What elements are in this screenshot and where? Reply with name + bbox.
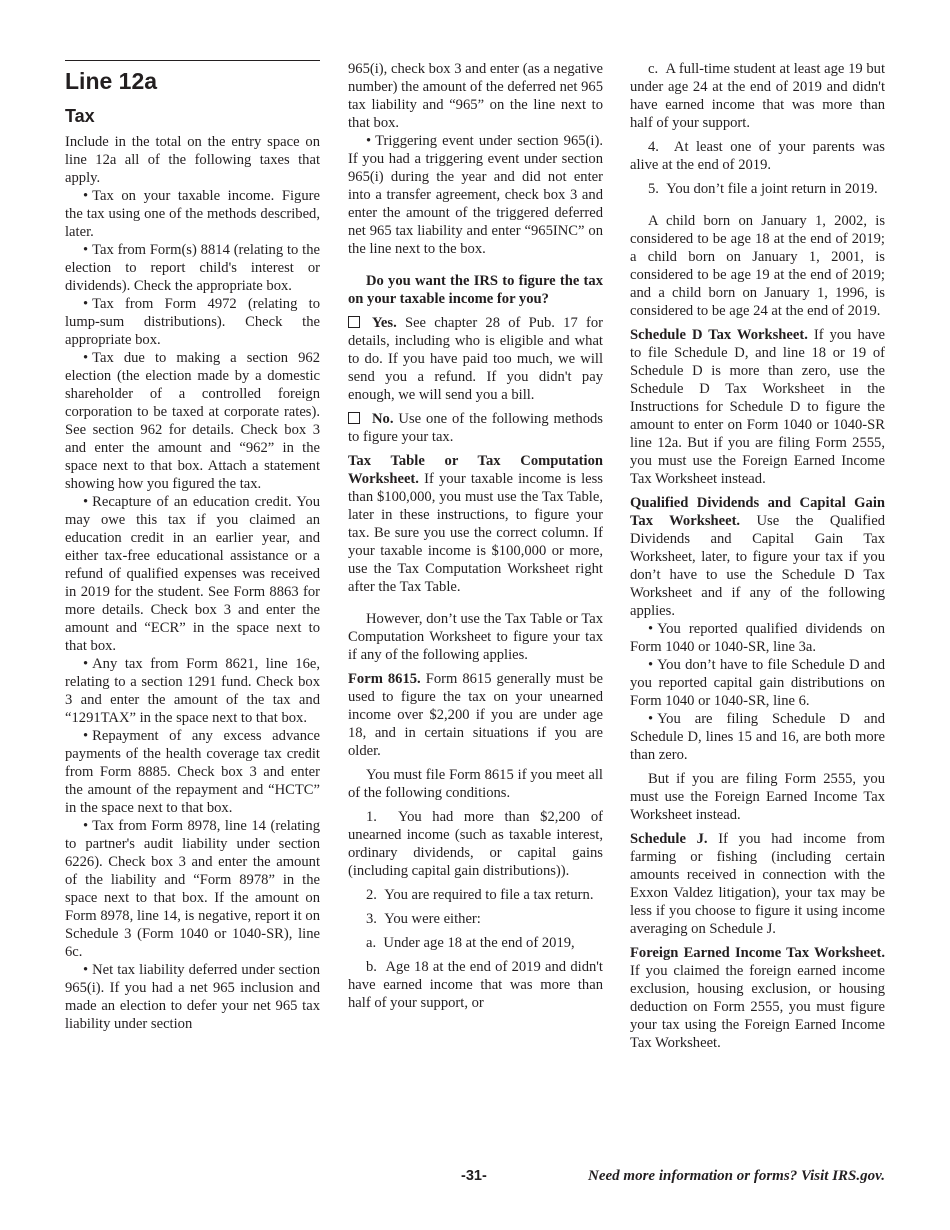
yes-option: Yes. See chapter 28 of Pub. 17 for detai… — [348, 314, 603, 404]
but-if-paragraph: But if you are filing Form 2555, you mus… — [630, 770, 885, 824]
condition-item: 4. At least one of your parents was aliv… — [630, 138, 885, 174]
no-option: No. Use one of the following methods to … — [348, 410, 603, 446]
bullet-item: You reported qualified dividends on Form… — [630, 620, 885, 656]
tax-table-text: If your taxable income is less than $100… — [348, 471, 603, 595]
section-title: Line 12a — [65, 67, 320, 95]
feitw-paragraph: Foreign Earned Income Tax Worksheet. If … — [630, 944, 885, 1052]
bullet-item: Tax from Form 4972 (relating to lump-sum… — [65, 295, 320, 349]
condition-item: c. A full-time student at least age 19 b… — [630, 60, 885, 132]
schedule-j-heading: Schedule J. — [630, 831, 708, 847]
bullet-item: Any tax from Form 8621, line 16e, relati… — [65, 655, 320, 727]
schedule-d-text: If you have to file Schedule D, and line… — [630, 327, 885, 487]
column-3: c. A full-time student at least age 19 b… — [630, 60, 885, 1052]
bullet-item: Tax from Form 8978, line 14 (relating to… — [65, 817, 320, 961]
condition-item: 5. You don’t file a joint return in 2019… — [630, 180, 885, 198]
yes-checkbox[interactable] — [348, 316, 360, 328]
condition-item: 2. You are required to file a tax return… — [348, 886, 603, 904]
no-label: No. — [372, 411, 394, 427]
intro-paragraph: Include in the total on the entry space … — [65, 133, 320, 187]
bullet-item: Tax on your taxable income. Figure the t… — [65, 187, 320, 241]
page-number: -31- — [461, 1168, 487, 1184]
section-rule — [65, 60, 320, 61]
qd-paragraph: Qualified Dividends and Capital Gain Tax… — [630, 494, 885, 620]
yes-label: Yes. — [372, 315, 397, 331]
schedule-j-paragraph: Schedule J. If you had income from farmi… — [630, 830, 885, 938]
column-1: Line 12a Tax Include in the total on the… — [65, 60, 320, 1033]
feitw-text: If you claimed the foreign earned income… — [630, 963, 885, 1051]
bullet-item: Net tax liability deferred under section… — [65, 961, 320, 1033]
bullet-item: Recapture of an education credit. You ma… — [65, 493, 320, 655]
irs-question-heading: Do you want the IRS to figure the tax on… — [348, 272, 603, 308]
feitw-heading: Foreign Earned Income Tax Worksheet. — [630, 945, 885, 961]
bullet-item: Triggering event under section 965(i). I… — [348, 132, 603, 258]
must-file-paragraph: You must file Form 8615 if you meet all … — [348, 766, 603, 802]
condition-item: a. Under age 18 at the end of 2019, — [348, 934, 603, 952]
tax-table-paragraph: Tax Table or Tax Computation Worksheet. … — [348, 452, 603, 596]
schedule-d-heading: Schedule D Tax Worksheet. — [630, 327, 808, 343]
no-checkbox[interactable] — [348, 412, 360, 424]
bullet-item: You don’t have to file Schedule D and yo… — [630, 656, 885, 710]
child-born-paragraph: A child born on January 1, 2002, is cons… — [630, 212, 885, 320]
continued-paragraph: 965(i), check box 3 and enter (as a nega… — [348, 60, 603, 132]
however-paragraph: However, don’t use the Tax Table or Tax … — [348, 610, 603, 664]
schedule-d-paragraph: Schedule D Tax Worksheet. If you have to… — [630, 326, 885, 488]
bullet-item: You are filing Schedule D and Schedule D… — [630, 710, 885, 764]
section-subtitle: Tax — [65, 105, 320, 127]
bullet-item: Repayment of any excess advance payments… — [65, 727, 320, 817]
condition-item: 3. You were either: — [348, 910, 603, 928]
condition-item: b. Age 18 at the end of 2019 and didn't … — [348, 958, 603, 1012]
bullet-item: Tax from Form(s) 8814 (relating to the e… — [65, 241, 320, 295]
bullet-item: Tax due to making a section 962 election… — [65, 349, 320, 493]
form8615-paragraph: Form 8615. Form 8615 generally must be u… — [348, 670, 603, 760]
form8615-heading: Form 8615. — [348, 671, 421, 687]
condition-item: 1. You had more than $2,200 of unearned … — [348, 808, 603, 880]
column-2: 965(i), check box 3 and enter (as a nega… — [348, 60, 603, 1012]
footer-note: Need more information or forms? Visit IR… — [588, 1168, 885, 1185]
